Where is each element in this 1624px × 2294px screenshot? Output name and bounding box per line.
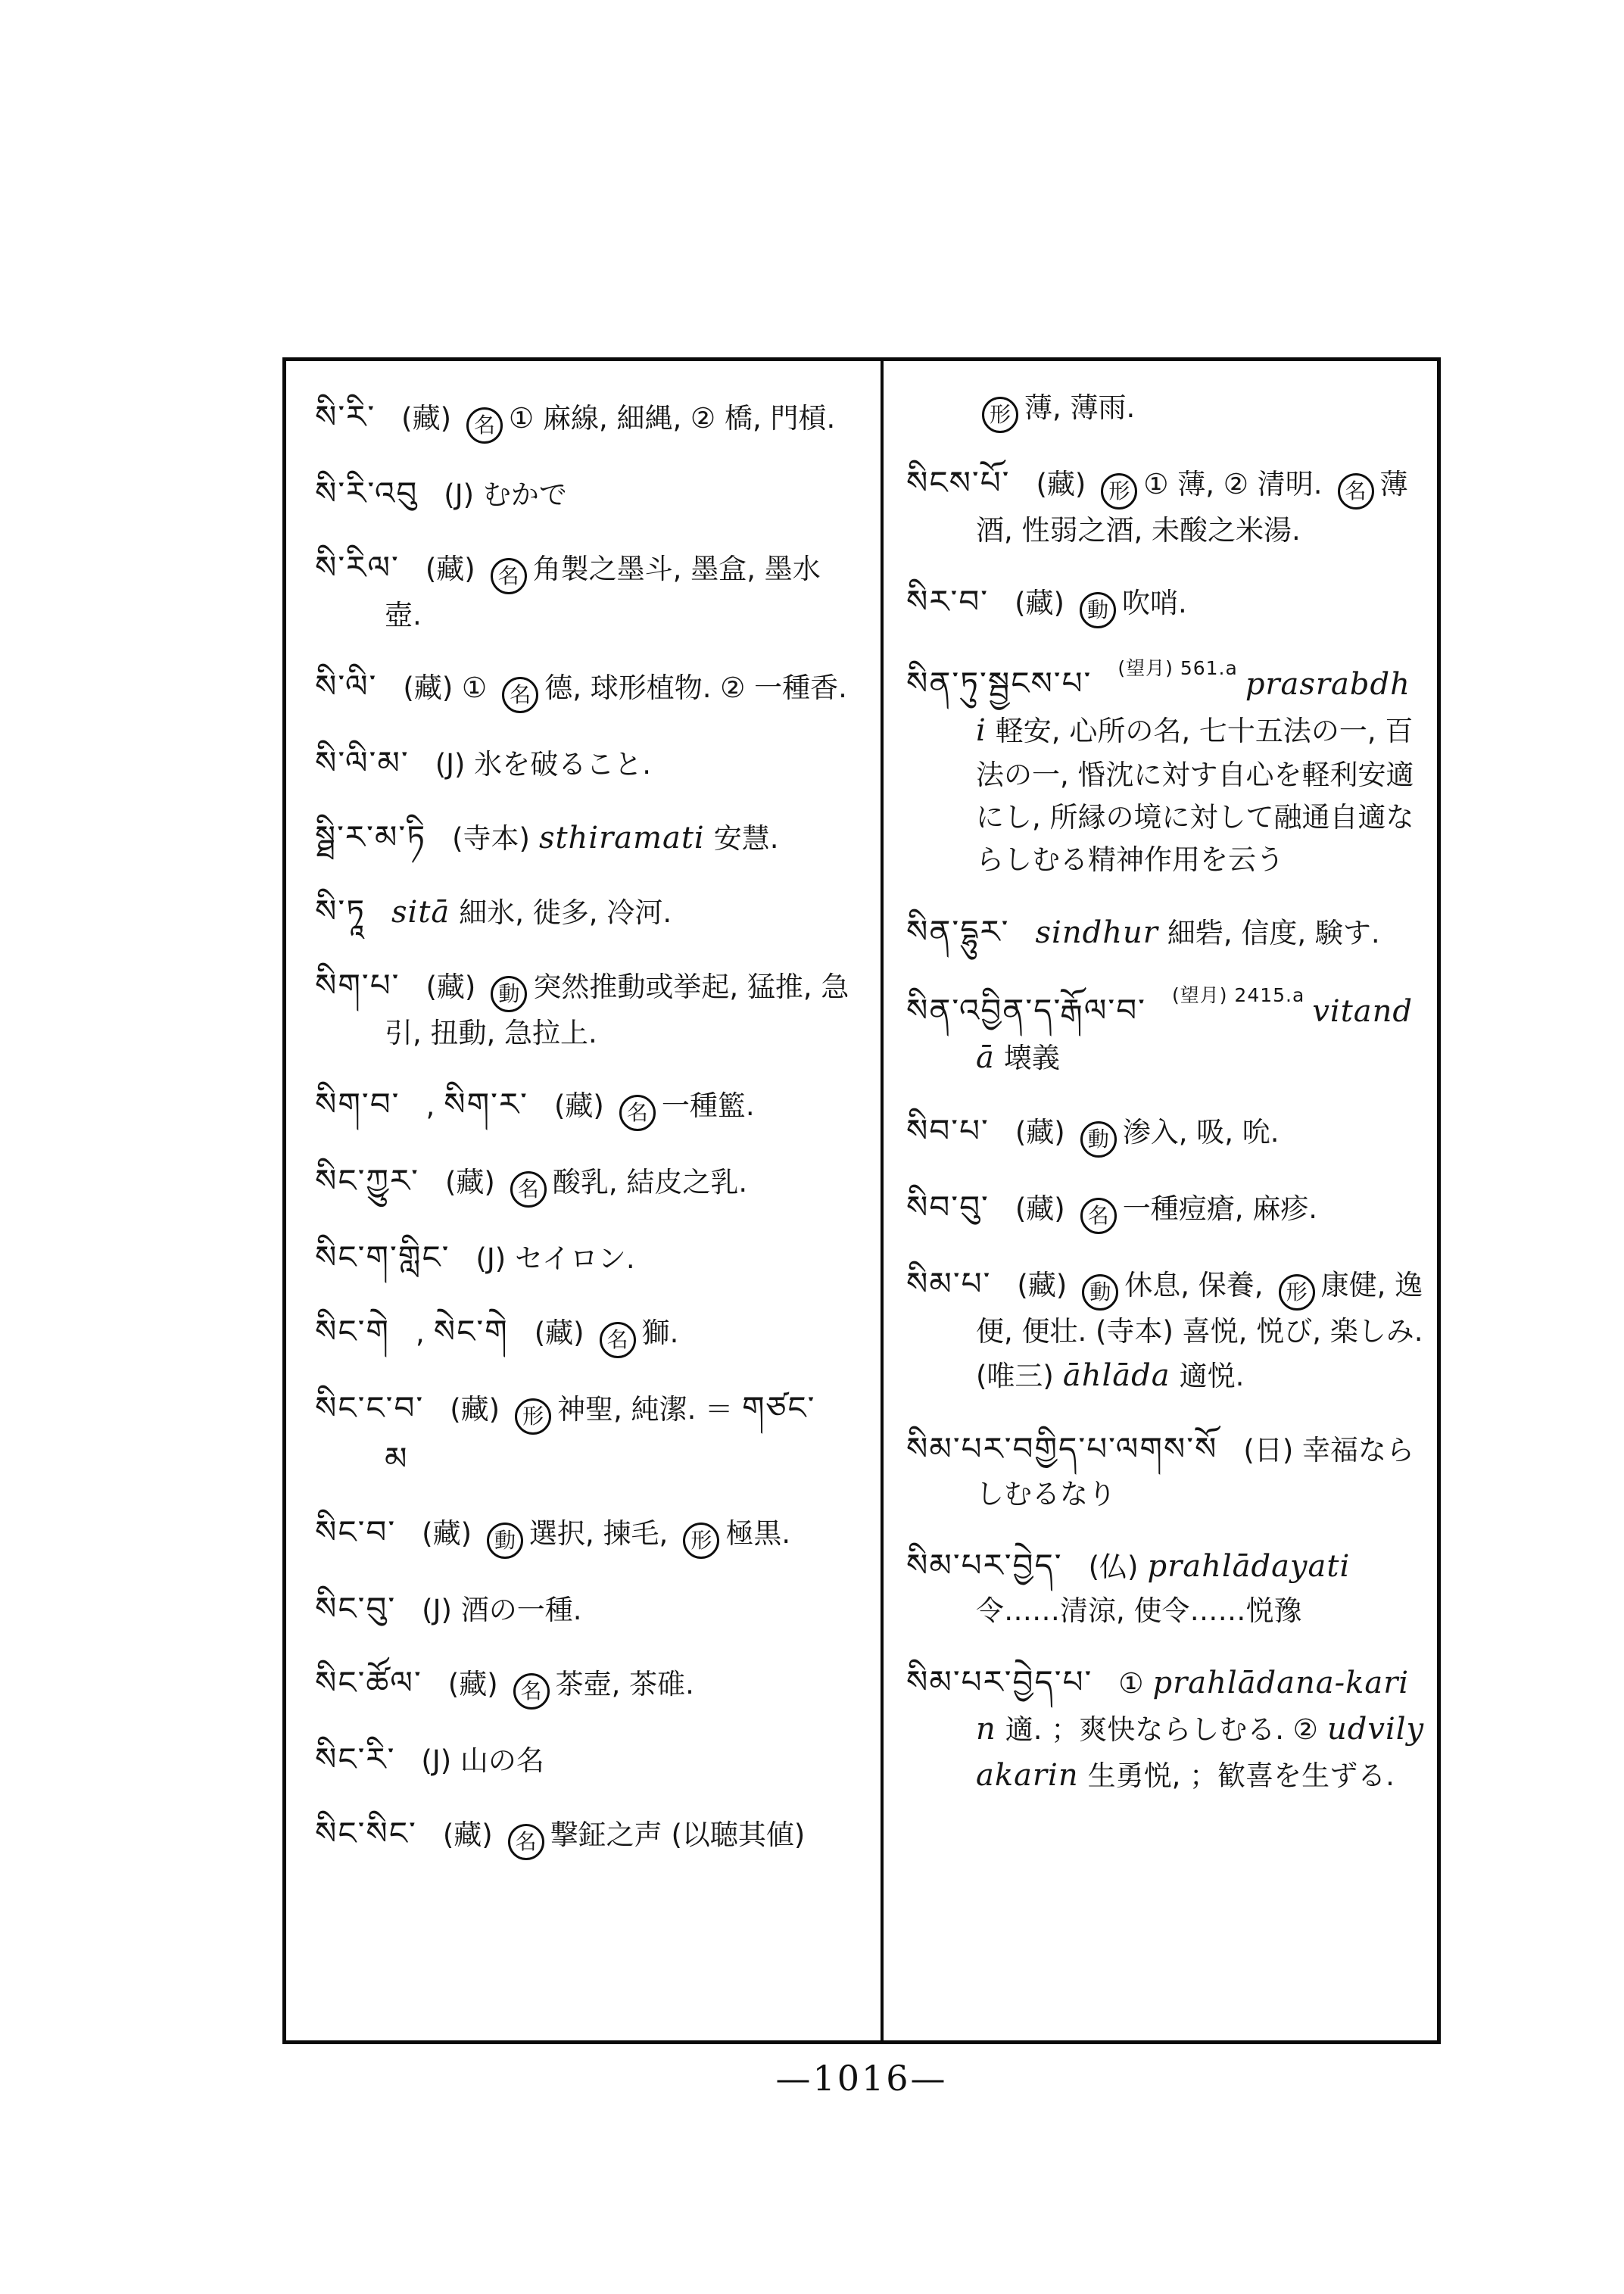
definition-text: 德, 球形植物. ② 一種香. [544,672,847,704]
definition-text: (藏) ① [403,672,487,704]
dictionary-entry: སི་རི་(藏)名① 麻線, 細縄, ② 橋, 門槓. [315,393,861,444]
part-of-speech-badge: 形 [982,397,1018,433]
definition-text: 一種痘瘡, 麻疹. [1123,1192,1317,1225]
definition-text: 選択, 揀毛, [529,1517,668,1550]
headword-tibetan: སི་ཏཱ [315,893,366,930]
part-of-speech-badge: 動 [487,1523,523,1559]
definition-text: 獅. [642,1317,679,1349]
definition-text: (藏) [448,1668,498,1700]
definition-text: 酸乳, 結皮之乳. [553,1166,747,1198]
headword-tibetan: སྠི་ར་མ་ཏི [315,818,426,856]
dictionary-entry: 形薄, 薄雨. [906,387,1426,433]
definition-text: 一種籃. [662,1089,755,1122]
definition-text: 適. ；爽快ならしむる. ② [1005,1713,1318,1746]
definition-text: (藏) [1015,587,1064,619]
left-column: སི་རི་(藏)名① 麻線, 細縄, ② 橋, 門槓.སི་རི་འབུ(J)… [286,361,881,2040]
dictionary-entry: སིག་བ་,སིག་ར་(藏)名一種籃. [315,1080,861,1131]
definition-text: 安慧. [714,822,779,855]
definition-text: , [416,1317,425,1349]
dictionary-entry: སྠི་ར་མ་ཏི(寺本)sthiramati安慧. [315,813,861,862]
part-of-speech-badge: 動 [491,976,527,1012]
sanskrit-romanization: āhlāda [1063,1358,1170,1393]
definition-text: 薄, 薄雨. [1024,391,1135,424]
definition-text: (藏) [445,1166,495,1198]
definition-text: (藏) [1017,1269,1067,1301]
part-of-speech-badge: 名 [619,1095,656,1131]
definition-text: (藏) [1036,468,1086,500]
dictionary-entry: སིང་ག་གླིང་(J) セイロン. [315,1233,861,1282]
headword-tibetan: སི་ལི་ [315,668,377,705]
definition-text: 適悦. [1180,1360,1245,1392]
part-of-speech-badge: 形 [515,1398,551,1435]
definition-text: (藏) [422,1517,472,1550]
dictionary-entry: སིང་སིང་(藏)名撃鉦之声 (以聴其値) [315,1809,861,1860]
entries-border-box: སི་རི་(藏)名① 麻線, 細縄, ② 橋, 門槓.སི་རི་འབུ(J)… [282,357,1441,2044]
definition-text: (J) セイロン. [475,1242,634,1275]
headword-tibetan: སིམ་པར་བྱེད་པ་ [906,1663,1093,1700]
headword-tibetan: སིག་བ་ [315,1086,400,1123]
dictionary-entry: སིབ་བུ་(藏)名一種痘瘡, 麻疹. [906,1183,1426,1234]
headword-tibetan: སིང་ཚོལ་ [315,1664,422,1701]
scanned-dictionary-page: སི་རི་(藏)名① 麻線, 細縄, ② 橋, 門槓.སི་རི་འབུ(J)… [0,0,1624,2294]
definition-text: (J) 氷を破ること. [435,748,651,781]
headword-tibetan: སི་རིལ་ [315,549,400,586]
sanskrit-romanization: sitā [391,895,450,930]
definition-text: (藏) [554,1089,604,1122]
dictionary-entry: སིན་ཏུ་སྦྱངས་པ་(望月) 561.aprasrabdhi軽安, 心… [906,654,1426,881]
headword-tibetan: སིན་དྷུར་ [906,913,1010,950]
headword-tibetan: སིན་འབྱིན་ད་རྒོལ་བ་ [906,992,1146,1029]
headword-tibetan: སི་ལི་མ་ [315,744,410,781]
definition-text: 休息, 保養, [1124,1269,1263,1301]
dictionary-entry: སིམ་པར་བྱེད་པ་①prahlādana-karin適. ；爽快ならし… [906,1658,1426,1798]
headword-tibetan: སིང་བུ་ [315,1590,396,1627]
definition-text: 令……清涼, 使令……悦豫 [976,1594,1302,1627]
dictionary-entry: སིང་ཚོལ་(藏)名茶壺, 茶碓. [315,1659,861,1710]
definition-text: (寺本) [452,822,530,855]
headword-tibetan: སིབ་པ་ [906,1112,990,1149]
headword-tibetan: སི་རི་འབུ [315,475,418,512]
part-of-speech-badge: 名 [491,558,527,594]
definition-text: (藏) [1015,1192,1065,1225]
definition-text: 神聖, 純潔. ＝ [557,1393,733,1426]
part-of-speech-badge: 名 [1080,1198,1117,1234]
dictionary-entry: སིམ་པར་བགྱིད་པ་ལགས་སོ(日) 幸福ならしむるなり [906,1425,1426,1516]
definition-text: 細砦, 信度, 験す. [1167,917,1380,949]
part-of-speech-badge: 形 [683,1523,719,1559]
dictionary-entry: སིང་ང་བ་(藏)形神聖, 純潔. ＝གཙང་མ [315,1384,861,1483]
dictionary-entry: སིར་བ་(藏)動吹哨. [906,578,1426,628]
dictionary-entry: སིན་འབྱིན་ད་རྒོལ་བ་(望月) 2415.avitandā壊義 [906,981,1426,1081]
reference-citation: (望月) 561.a [1117,654,1237,683]
definition-text: (J) 酒の一種. [422,1594,581,1626]
sanskrit-romanization: prahlādayati [1148,1549,1351,1584]
sanskrit-romanization: sthiramati [539,821,705,856]
definition-text: 細氷, 徙多, 冷河. [459,896,672,929]
dictionary-entry: སིམ་པ་(藏)動休息, 保養,形康健, 逸便, 便壮. (寺本) 喜悦, 悦… [906,1260,1426,1399]
headword-tibetan: སིར་བ་ [906,583,989,620]
dictionary-entry: སིབ་པ་(藏)動渗入, 吸, 吮. [906,1107,1426,1158]
dictionary-entry: སིང་ཀྱུར་(藏)名酸乳, 結皮之乳. [315,1157,861,1208]
headword-tibetan: སིབ་བུ་ [906,1189,990,1226]
dictionary-entry: སི་ལི་མ་(J) 氷を破ること. [315,739,861,787]
part-of-speech-badge: 名 [508,1824,544,1860]
part-of-speech-badge: 名 [510,1171,547,1208]
dictionary-entry: སིང་རི་(J) 山の名 [315,1735,861,1784]
part-of-speech-badge: 動 [1080,1121,1117,1158]
part-of-speech-badge: 形 [1101,473,1137,510]
definition-text: (藏) [401,402,451,435]
headword-tibetan: སིང་གེ [315,1313,390,1350]
dictionary-entry: སི་ཏཱsitā細氷, 徙多, 冷河. [315,887,861,936]
dictionary-entry: སི་རི་འབུ(J) むかで [315,469,861,518]
definition-text: (仏) [1089,1551,1139,1583]
definition-text: 生勇悦, ；歓喜を生ずる. [1088,1759,1395,1792]
headword-tibetan: སིན་ཏུ་སྦྱངས་པ་ [906,665,1092,702]
headword-tibetan: སིང་ང་བ་ [315,1389,424,1426]
definition-text: 極黒. [725,1517,790,1550]
dictionary-entry: སི་རིལ་(藏)名角製之墨斗, 墨盒, 墨水壺. [315,544,861,637]
definition-text: 軽安, 心所の名, 七十五法の一, 百法の一, 惛沈に対す自心を軽利安適にし, … [976,715,1414,876]
reference-citation: (望月) 2415.a [1172,981,1304,1010]
dictionary-entry: སིངས་པོ་(藏)形① 薄, ② 清明.名薄酒, 性弱之酒, 未酸之米湯. [906,459,1426,552]
definition-text: (藏) [425,971,475,1003]
definition-text: (藏) [425,553,475,585]
headword-tibetan: སིག་པ་ [315,967,400,1004]
headword-tibetan: སེང་གེ [434,1313,509,1350]
definition-text: (藏) [535,1317,584,1349]
headword-tibetan: སིངས་པོ་ [906,464,1011,501]
headword-tibetan: སིང་བ་ [315,1513,396,1551]
definition-text: 吹哨. [1122,587,1187,619]
right-column: 形薄, 薄雨.སིངས་པོ་(藏)形① 薄, ② 清明.名薄酒, 性弱之酒, … [884,361,1441,2040]
headword-tibetan: སི་རི་ [315,398,376,435]
definition-text: ① 麻線, 細縄, ② 橋, 門槓. [509,402,835,435]
dictionary-entry: སི་ལི་(藏) ①名德, 球形植物. ② 一種香. [315,662,861,713]
definition-text: (J) むかで [444,478,567,511]
part-of-speech-badge: 名 [502,677,538,713]
definition-text: (J) 山の名 [421,1744,544,1777]
definition-text: (藏) [1015,1116,1065,1149]
part-of-speech-badge: 動 [1080,592,1116,628]
definition-text: 撃鉦之声 (以聴其値) [550,1819,806,1851]
dictionary-entry: སིང་གེ,སེང་གེ(藏)名獅. [315,1308,861,1358]
headword-tibetan: སིམ་པ་ [906,1265,991,1302]
definition-text: (藏) [443,1819,493,1851]
headword-tibetan: སིང་ཀྱུར་ [315,1162,419,1199]
headword-tibetan: སིམ་པར་བགྱིད་པ་ལགས་སོ [906,1430,1217,1467]
part-of-speech-badge: 名 [466,407,503,444]
definition-text: 壊義 [1004,1042,1060,1074]
dictionary-entry: སིན་དྷུར་sindhur細砦, 信度, 験す. [906,908,1426,956]
part-of-speech-badge: 名 [1338,473,1374,510]
column-divider-rule [881,361,884,2040]
headword-tibetan: སིམ་པར་བྱེད་ [906,1547,1063,1584]
definition-text: 茶壺, 茶碓. [556,1668,694,1700]
headword-tibetan: སིང་ག་གླིང་ [315,1239,450,1276]
dictionary-entry: སིག་པ་(藏)動突然推動或挙起, 猛推, 急引, 扭動, 急拉上. [315,962,861,1055]
dictionary-entry: སིམ་པར་བྱེད་(仏)prahlādayati令……清涼, 使令……悦豫 [906,1541,1426,1632]
part-of-speech-badge: 名 [600,1322,636,1358]
page-number: —1016— [282,2058,1441,2099]
dictionary-entry: སིང་བ་(藏)動選択, 揀毛,形極黒. [315,1508,861,1559]
definition-text: ① 薄, ② 清明. [1143,468,1322,500]
part-of-speech-badge: 形 [1279,1274,1315,1311]
part-of-speech-badge: 動 [1082,1274,1118,1311]
definition-text: 渗入, 吸, 吮. [1123,1116,1280,1149]
headword-tibetan: སིང་རི་ [315,1741,395,1778]
sanskrit-romanization: sindhur [1036,915,1158,950]
headword-tibetan: སིང་སིང་ [315,1815,417,1852]
definition-text: ① [1118,1667,1143,1700]
dictionary-entry: སིང་བུ་(J) 酒の一種. [315,1585,861,1633]
part-of-speech-badge: 名 [513,1673,550,1710]
headword-tibetan: སིག་ར་ [444,1086,528,1123]
definition-text: , [425,1089,435,1122]
definition-text: (藏) [450,1393,500,1426]
